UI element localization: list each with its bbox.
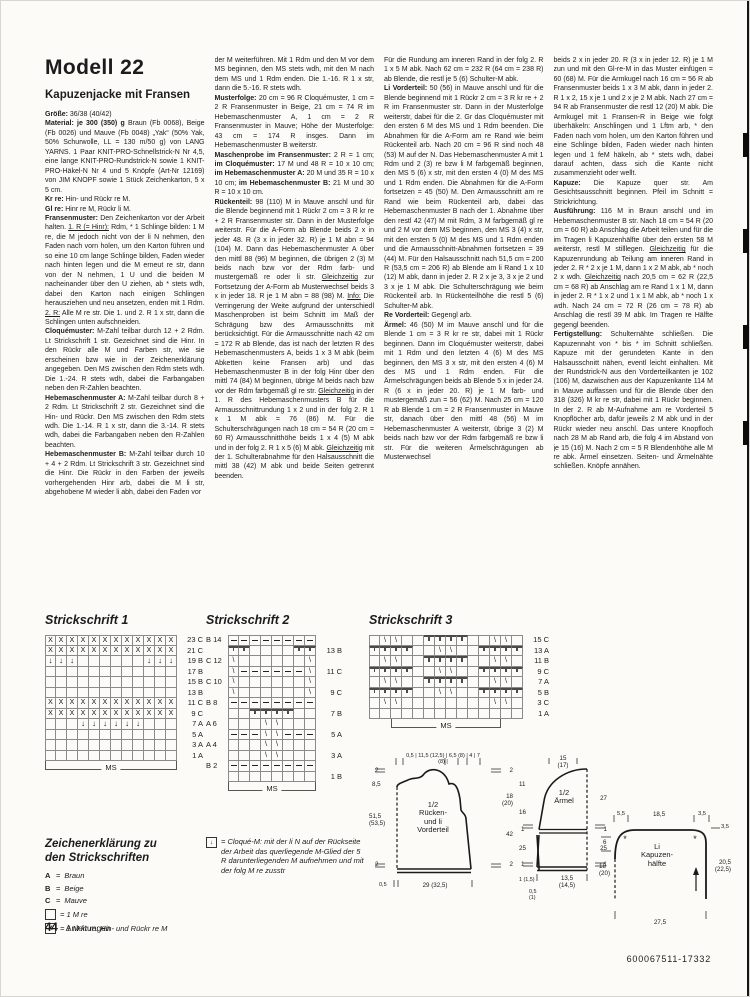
chart-cell	[228, 646, 239, 657]
chart-cell	[239, 730, 250, 741]
chart-cell	[250, 772, 261, 783]
chart-cell: \	[380, 698, 391, 709]
chart-row-label	[206, 646, 228, 657]
chart-cell	[155, 730, 166, 741]
chart-cell	[413, 698, 424, 709]
chart-cell: \	[272, 740, 283, 751]
chart-cell: \	[501, 677, 512, 688]
chart-cell	[380, 709, 391, 720]
chart-cell: ↓	[56, 656, 67, 667]
chart-cell	[294, 656, 305, 667]
chart-cell	[155, 740, 166, 751]
chart-cell	[144, 667, 155, 678]
legend-title-line1: Zeichenerklärung zu	[45, 838, 157, 850]
chart-cell	[111, 656, 122, 667]
chart-cell	[294, 730, 305, 741]
legend-key: A	[45, 871, 52, 880]
chart-cell	[501, 688, 512, 699]
chart-row-label	[316, 740, 342, 751]
chart-cell	[45, 667, 56, 678]
chart-cell	[272, 656, 283, 667]
chart-cell	[457, 667, 468, 678]
legend-key: C	[45, 896, 52, 905]
chart-cell	[512, 667, 523, 678]
chart-cell	[424, 667, 435, 678]
chart-cell: X	[89, 646, 100, 657]
edge-mark	[743, 133, 749, 157]
chart-cell: X	[155, 646, 166, 657]
chart-cell: X	[166, 709, 177, 720]
chart-row-label: 7 B	[316, 709, 342, 720]
chart-cell	[272, 761, 283, 772]
chart-cell	[261, 688, 272, 699]
chart-cell	[133, 667, 144, 678]
chart-cell	[67, 740, 78, 751]
chart-cell	[283, 761, 294, 772]
chart-cell: X	[122, 635, 133, 646]
chart-cell	[250, 719, 261, 730]
chart-cell	[100, 730, 111, 741]
chart-row-label	[206, 772, 228, 783]
chart-cell: X	[122, 646, 133, 657]
chart-cell	[446, 656, 457, 667]
chart-cell: ↓	[67, 656, 78, 667]
chart-cell: ↓	[89, 719, 100, 730]
meas-label: 27,5	[654, 919, 666, 926]
chart-cell	[239, 698, 250, 709]
legend-knit-stitch: = 1 M re	[45, 909, 205, 920]
chart-cell	[413, 688, 424, 699]
chart-cell: X	[166, 646, 177, 657]
chart-cell	[166, 719, 177, 730]
knitting-chart-3: Strickschrift 3 \\\\15 C\\13 A\\\\11 B\\…	[369, 613, 549, 728]
chart-cell: ↓	[155, 656, 166, 667]
chart-cell	[446, 709, 457, 720]
chart-cell	[261, 772, 272, 783]
chart-cell	[239, 656, 250, 667]
chart-cell	[228, 709, 239, 720]
chart-cell	[111, 677, 122, 688]
chart-row-label: 1 A	[523, 709, 549, 720]
chart-row-label: 5 A	[316, 730, 342, 741]
chart-cell	[294, 740, 305, 751]
chart-cell: \	[435, 688, 446, 699]
chart-cell	[457, 688, 468, 699]
chart-cell: ↓	[133, 719, 144, 730]
meas-label: 16	[519, 809, 526, 816]
chart-cell	[512, 688, 523, 699]
cloque-legend: ↓ = Cloqué-M: mit der li N auf der Rücks…	[206, 837, 364, 875]
chart-cell	[402, 646, 413, 657]
edge-mark	[743, 421, 749, 445]
chart-cell	[283, 730, 294, 741]
chart-cell	[56, 740, 67, 751]
chart-cell: X	[78, 646, 89, 657]
chart-row-label	[206, 667, 228, 678]
chart-cell	[468, 677, 479, 688]
chart-cell: X	[56, 698, 67, 709]
chart-cell	[501, 709, 512, 720]
chart-cell	[100, 677, 111, 688]
chart-cell: X	[89, 635, 100, 646]
chart-cell	[369, 688, 380, 699]
chart-cell	[89, 751, 100, 762]
chart-cell	[424, 688, 435, 699]
meas-label: 1	[521, 861, 524, 868]
chart-cell	[250, 646, 261, 657]
chart-cell	[133, 751, 144, 762]
chart-cell: X	[100, 698, 111, 709]
chart-cell	[261, 709, 272, 720]
seam-star: *	[693, 834, 697, 844]
legend-color-a: A = Braun	[45, 871, 205, 880]
paragraph: Material: je 300 (350) g Braun (Fb 0068)…	[45, 119, 205, 195]
chart-cell	[239, 719, 250, 730]
chart-cell: \	[501, 635, 512, 646]
chart-cell	[250, 730, 261, 741]
edge-mark	[743, 229, 749, 253]
chart-cell: \	[261, 730, 272, 741]
chart-cell	[435, 635, 446, 646]
chart-cell	[283, 709, 294, 720]
chart-cell: \	[305, 656, 316, 667]
chart-cell	[100, 688, 111, 699]
paragraph: Ärmel: 46 (50) M im Mauve anschl und für…	[384, 321, 544, 463]
chart-cell	[272, 677, 283, 688]
chart-cell: X	[122, 709, 133, 720]
chart-3-grid: \\\\15 C\\13 A\\\\11 B\\9 C\\\\7 A\\5 B\…	[369, 635, 549, 728]
chart-cell	[305, 751, 316, 762]
chart-cell	[424, 677, 435, 688]
chart-cell: \	[380, 656, 391, 667]
chart-cell	[111, 751, 122, 762]
chart-cell	[56, 677, 67, 688]
chart-cell: \	[490, 677, 501, 688]
chart-cell	[305, 761, 316, 772]
chart-cell: ↓	[45, 656, 56, 667]
chart-cell	[239, 688, 250, 699]
chart-cell	[479, 646, 490, 657]
chart-cell	[468, 709, 479, 720]
page-title: Modell 22	[45, 56, 205, 80]
chart-cell	[294, 761, 305, 772]
chart-cell	[283, 740, 294, 751]
chart-cell	[155, 751, 166, 762]
chart-cell	[457, 656, 468, 667]
chart-cell	[239, 709, 250, 720]
column-1-body: Größe: 36/38 (40/42)Material: je 300 (35…	[45, 110, 205, 498]
chart-cell: \	[391, 635, 402, 646]
meas-label: 2	[375, 767, 378, 774]
chart-cell: X	[67, 635, 78, 646]
chart-row-label: 15 C	[523, 635, 549, 646]
chart-cell	[413, 646, 424, 657]
chart-cell	[144, 677, 155, 688]
chart-cell	[228, 772, 239, 783]
chart-cell: \	[380, 635, 391, 646]
chart-cell	[283, 751, 294, 762]
chart-cell	[402, 688, 413, 699]
chart-3-title: Strickschrift 3	[369, 613, 549, 627]
chart-cell	[100, 751, 111, 762]
chart-cell: X	[144, 698, 155, 709]
chart-row-label: C 10	[206, 677, 228, 688]
chart-cell	[305, 635, 316, 646]
chart-cell	[78, 688, 89, 699]
paragraph: beids 2 x in jeder 20. R (3 x in jeder 1…	[554, 56, 714, 179]
chart-cell	[490, 688, 501, 699]
chart-cell	[294, 646, 305, 657]
meas-label: 0,5 | 11,5 (12,5) | 6,5 (8) | 4 | 7 (8) …	[405, 753, 481, 765]
chart-cell: X	[111, 646, 122, 657]
chart-cell	[512, 635, 523, 646]
chart-cell	[67, 719, 78, 730]
chart-cell: X	[89, 698, 100, 709]
meas-label: 25	[519, 845, 526, 852]
chart-cell	[402, 635, 413, 646]
chart-cell	[111, 740, 122, 751]
chart-row-label: 13 B	[177, 688, 203, 699]
chart-row-label: 1 A	[177, 751, 203, 762]
chart-cell	[512, 709, 523, 720]
chart-cell	[89, 667, 100, 678]
chart-cell	[294, 772, 305, 783]
chart-cell	[402, 656, 413, 667]
chart-cell: \	[446, 646, 457, 657]
chart-row-label: 13 A	[523, 646, 549, 657]
chart-cell	[294, 635, 305, 646]
chart-cell	[261, 698, 272, 709]
chart-cell	[45, 740, 56, 751]
chart-cell: X	[111, 635, 122, 646]
chart-row-label: 3 C	[523, 698, 549, 709]
chart-cell: \	[380, 677, 391, 688]
meas-label: 27	[600, 795, 607, 802]
chart-row-label: C 12	[206, 656, 228, 667]
chart-cell	[424, 635, 435, 646]
chart-cell: X	[100, 646, 111, 657]
chart-cell: ↓	[144, 656, 155, 667]
chart-row-label: 15 B	[177, 677, 203, 688]
chart-cell: X	[67, 709, 78, 720]
chart-row-label: 9 C	[523, 667, 549, 678]
arrow-box-icon: ↓	[206, 837, 217, 848]
chart-cell: X	[78, 635, 89, 646]
chart-cell	[283, 656, 294, 667]
knitting-chart-1: Strickschrift 1 XXXXXXXXXXXX23 CXXXXXXXX…	[45, 613, 203, 770]
chart-cell	[468, 635, 479, 646]
chart-cell: \	[261, 719, 272, 730]
chart-cell	[501, 646, 512, 657]
chart-row-label: 11 C	[316, 667, 342, 678]
meas-label: 5,5	[617, 811, 625, 818]
chart-cell	[413, 677, 424, 688]
chart-cell: \	[228, 667, 239, 678]
chart-cell	[111, 688, 122, 699]
chart-cell	[155, 677, 166, 688]
meas-label: 29 (32,5)	[423, 882, 448, 889]
chart-cell	[133, 677, 144, 688]
meas-label: 18 (20)	[599, 863, 610, 877]
chart-cell	[457, 646, 468, 657]
chart-cell	[261, 677, 272, 688]
chart-cell	[283, 646, 294, 657]
chart-cell	[283, 719, 294, 730]
chart-cell: ↓	[111, 719, 122, 730]
chart-cell: X	[56, 709, 67, 720]
paragraph: Hebemaschenmuster B: M-Zahl teilbar durc…	[45, 450, 205, 497]
chart-cell	[144, 688, 155, 699]
chart-row-label: 11 B	[523, 656, 549, 667]
chart-cell	[45, 730, 56, 741]
legend-color-c: C = Mauve	[45, 896, 205, 905]
chart-row-label: 7 A	[177, 719, 203, 730]
chart-cell	[250, 698, 261, 709]
chart-cell	[250, 656, 261, 667]
garment-label: 1/2 Rücken- und li Vorderteil	[417, 801, 449, 835]
chart-cell	[272, 635, 283, 646]
chart-cell	[144, 740, 155, 751]
chart-cell: \	[446, 688, 457, 699]
chart-cell	[446, 677, 457, 688]
chart-cell	[305, 772, 316, 783]
chart-row-label	[206, 730, 228, 741]
chart-cell: X	[144, 646, 155, 657]
page-number: 44	[45, 922, 58, 934]
schematic-sleeve: 15 (17)1116125127125113,5 (14,5)1 (1,5)0…	[519, 755, 609, 905]
chart-cell	[294, 667, 305, 678]
chart-row-label	[316, 656, 342, 667]
chart-cell	[294, 698, 305, 709]
chart-cell	[239, 761, 250, 772]
meas-label: 0,5 (1)	[529, 889, 537, 901]
chart-row-label: 19 B	[177, 656, 203, 667]
chart-cell	[479, 677, 490, 688]
chart-cell	[250, 688, 261, 699]
chart-cell	[402, 709, 413, 720]
chart-cell: \	[261, 751, 272, 762]
chart-cell: \	[261, 740, 272, 751]
tick-marks	[523, 758, 605, 881]
chart-cell	[78, 740, 89, 751]
chart-cell	[424, 709, 435, 720]
chart-cell	[239, 677, 250, 688]
chart-cell: \	[435, 646, 446, 657]
chart-cell	[56, 730, 67, 741]
chart-row-label	[316, 698, 342, 709]
chart-cell	[122, 667, 133, 678]
chart-cell	[391, 688, 402, 699]
cloque-legend-text: = Cloqué-M: mit der li N auf der Rücksei…	[221, 837, 364, 875]
chart-cell: \	[228, 656, 239, 667]
chart-cell	[250, 635, 261, 646]
chart-cell: X	[56, 646, 67, 657]
chart-cell	[250, 709, 261, 720]
chart-cell	[446, 635, 457, 646]
chart-cell: X	[100, 709, 111, 720]
legend-key: B	[45, 884, 52, 893]
chart-cell	[294, 719, 305, 730]
chart-cell	[369, 656, 380, 667]
chart-cell	[512, 646, 523, 657]
chart-cell	[56, 688, 67, 699]
chart-cell	[133, 656, 144, 667]
chart-cell: X	[100, 635, 111, 646]
chart-cell	[402, 667, 413, 678]
chart-cell	[261, 667, 272, 678]
chart-cell	[100, 667, 111, 678]
chart-cell	[369, 709, 380, 720]
chart-cell	[305, 730, 316, 741]
chart-cell	[56, 667, 67, 678]
chart-cell	[468, 646, 479, 657]
legend-text: = 1 M re	[60, 910, 88, 919]
chart-cell	[435, 677, 446, 688]
meas-label: 18,5	[653, 811, 665, 818]
meas-label: 3,5	[721, 824, 729, 831]
chart-cell	[369, 698, 380, 709]
chart-cell	[305, 719, 316, 730]
chart-cell	[45, 719, 56, 730]
chart-cell	[89, 656, 100, 667]
paragraph: Re Vorderteil: Gegengl arb.	[384, 311, 544, 320]
chart-cell	[239, 667, 250, 678]
chart-2-title: Strickschrift 2	[206, 613, 342, 627]
legend-value: Mauve	[64, 896, 87, 905]
chart-cell: \	[272, 730, 283, 741]
chart-cell	[166, 740, 177, 751]
legend-color-b: B = Beige	[45, 884, 205, 893]
chart-cell	[56, 719, 67, 730]
chart-cell: \	[391, 677, 402, 688]
empty-box-icon	[45, 909, 56, 920]
chart-row-label: 1 B	[316, 772, 342, 783]
chart-cell	[468, 698, 479, 709]
edge-mark	[743, 325, 749, 349]
chart-cell	[166, 667, 177, 678]
chart-cell: X	[133, 698, 144, 709]
chart-cell	[67, 730, 78, 741]
chart-cell	[166, 751, 177, 762]
chart-cell	[239, 740, 250, 751]
chart-cell	[122, 751, 133, 762]
chart-cell	[228, 698, 239, 709]
chart-cell: \	[305, 677, 316, 688]
chart-cell	[250, 667, 261, 678]
chart-row-label	[316, 719, 342, 730]
chart-row-label	[206, 709, 228, 720]
chart-cell	[89, 730, 100, 741]
section-label: Anleitungen	[66, 923, 111, 933]
chart-1-grid: XXXXXXXXXXXX23 CXXXXXXXXXXXX21 C↓↓↓↓↓↓19…	[45, 635, 203, 770]
chart-cell: X	[67, 646, 78, 657]
chart-cell	[228, 751, 239, 762]
chart-cell	[294, 688, 305, 699]
chart-cell	[261, 635, 272, 646]
garment-label: Li Kapuzen- hälfte	[641, 843, 673, 868]
garment-outline-hood	[599, 811, 731, 931]
chart-2-grid: B 1413 BC 12\\\\11 CC 10\\\\9 CB 87 BA 6…	[206, 635, 342, 791]
chart-cell	[111, 667, 122, 678]
instruction-columns: Modell 22 Kapuzenjacke mit Fransen Größe…	[45, 56, 713, 618]
chart-cell	[305, 740, 316, 751]
chart-cell	[305, 709, 316, 720]
garment-label: 1/2 Ärmel	[554, 789, 574, 806]
chart-row-label: 9 C	[316, 688, 342, 699]
chart-row-label: 5 A	[177, 730, 203, 741]
chart-cell: \	[435, 667, 446, 678]
meas-label: 11	[519, 781, 525, 788]
